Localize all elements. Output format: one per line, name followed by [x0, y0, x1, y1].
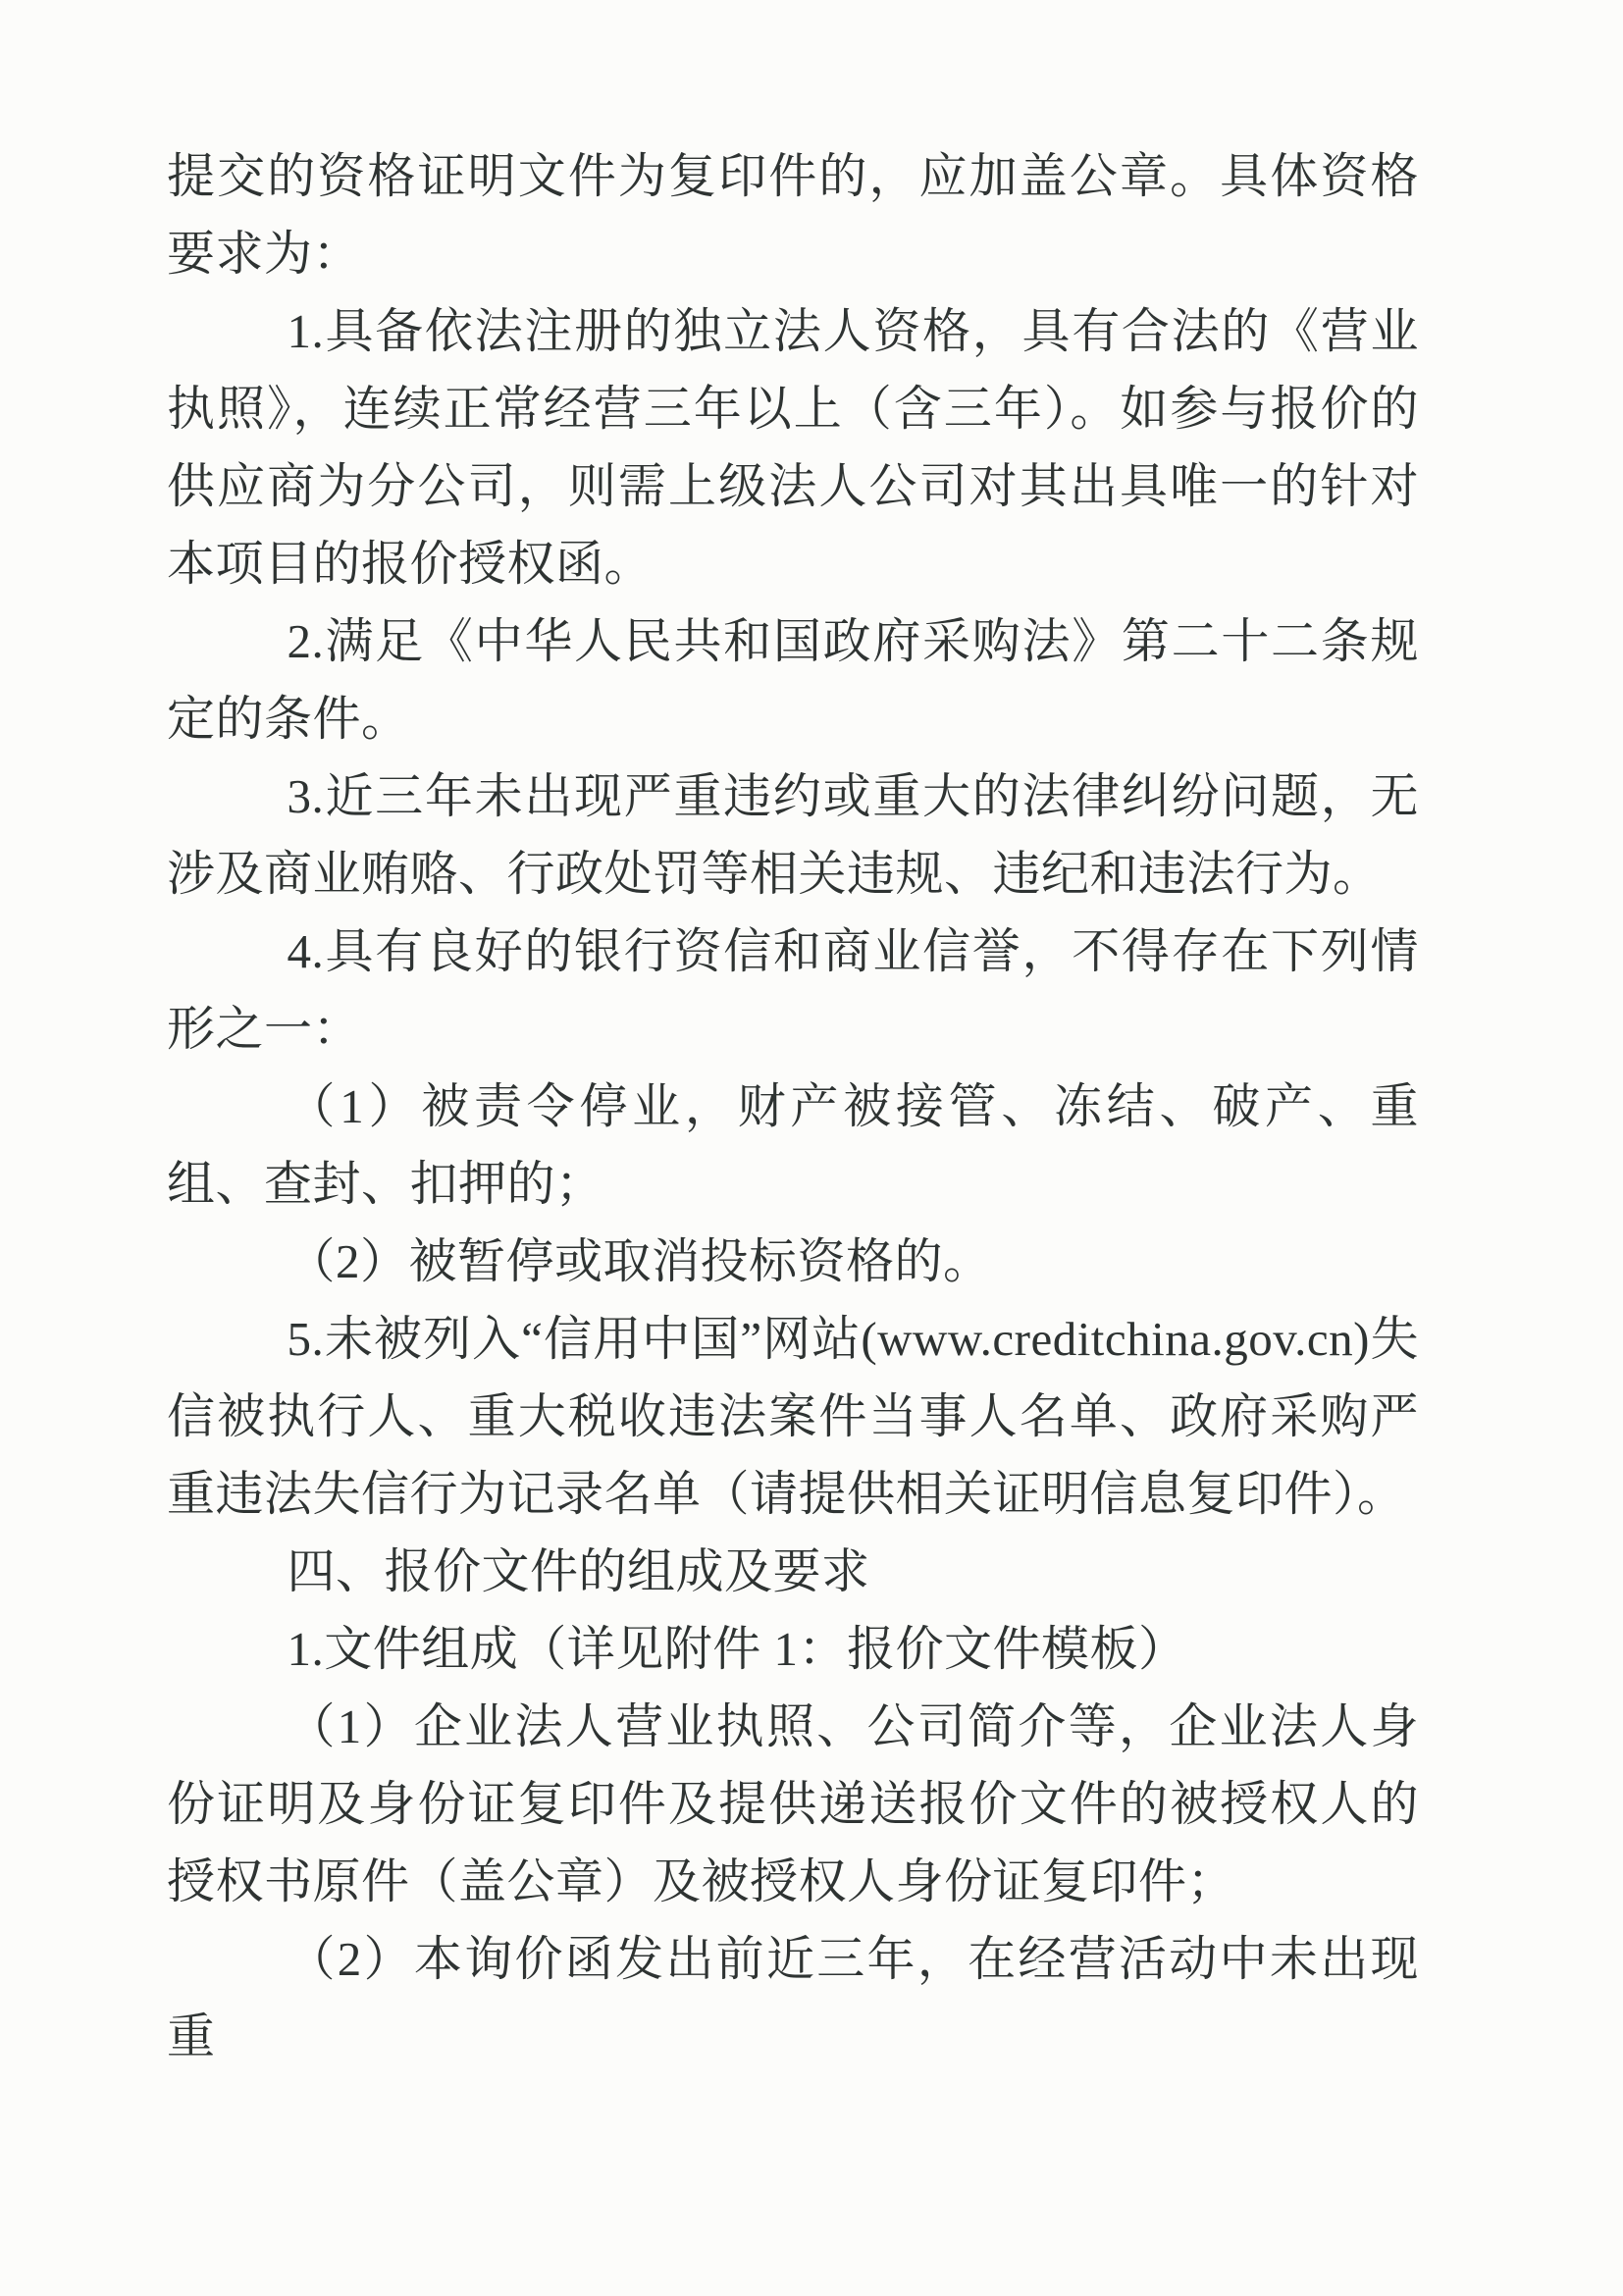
paragraph-subitem-1: （1）被责令停业，财产被接管、冻结、破产、重组、查封、扣押的； [167, 1068, 1419, 1223]
section-heading-4: 四、报价文件的组成及要求 [167, 1533, 1419, 1610]
document-text-block: 提交的资格证明文件为复印件的，应加盖公章。具体资格要求为： 1.具备依法注册的独… [167, 137, 1419, 2075]
paragraph-subitem-2: （2）被暂停或取消投标资格的。 [167, 1223, 1419, 1300]
paragraph-doc-subitem-1: （1）企业法人营业执照、公司简介等，企业法人身份证明及身份证复印件及提供递送报价… [167, 1688, 1419, 1920]
paragraph-continuation: 提交的资格证明文件为复印件的，应加盖公章。具体资格要求为： [167, 137, 1419, 292]
paragraph-item-2: 2.满足《中华人民共和国政府采购法》第二十二条规定的条件。 [167, 602, 1419, 757]
paragraph-item-5: 5.未被列入“信用中国”网站(www.creditchina.gov.cn)失信… [167, 1300, 1419, 1533]
scanned-document-page: 提交的资格证明文件为复印件的，应加盖公章。具体资格要求为： 1.具备依法注册的独… [0, 0, 1623, 2296]
paragraph-item-1: 1.具备依法注册的独立法人资格，具有合法的《营业执照》，连续正常经营三年以上（含… [167, 292, 1419, 602]
paragraph-item-4: 4.具有良好的银行资信和商业信誉，不得存在下列情形之一： [167, 913, 1419, 1068]
paragraph-doc-composition: 1.文件组成（详见附件 1：报价文件模板） [167, 1610, 1419, 1688]
paragraph-item-3: 3.近三年未出现严重违约或重大的法律纠纷问题，无涉及商业贿赂、行政处罚等相关违规… [167, 757, 1419, 913]
paragraph-doc-subitem-2: （2）本询价函发出前近三年，在经营活动中未出现重 [167, 1920, 1419, 2075]
